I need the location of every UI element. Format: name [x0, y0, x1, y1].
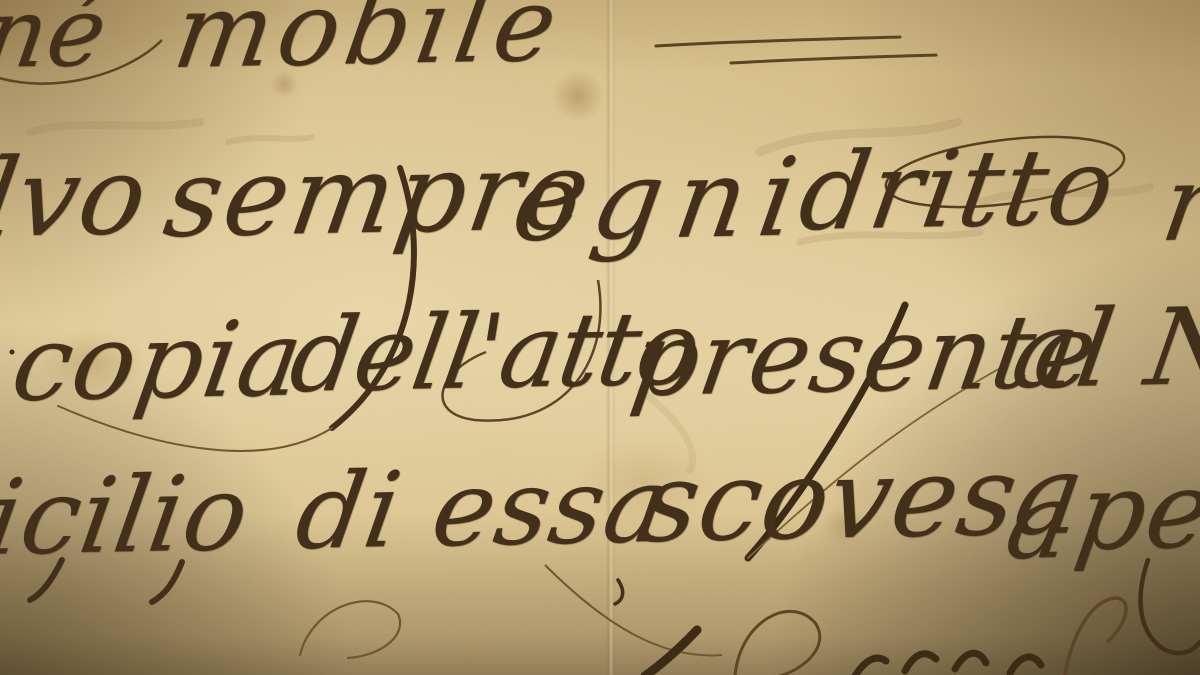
handwriting-word: dritto: [793, 134, 1123, 246]
manuscript-photo: né mobile lvo sempre ogni dritto r copia…: [0, 0, 1200, 675]
handwriting-word: al Nota: [1006, 290, 1200, 404]
handwriting-word: lvo: [0, 143, 155, 254]
handwriting-word: ogni: [506, 144, 817, 258]
double-rule-ornament: [656, 37, 936, 63]
handwriting-word: pe: [1070, 457, 1200, 566]
handwriting-word: mobile: [168, 0, 569, 84]
handwriting-word: di essa: [290, 453, 676, 564]
handwriting-word: icilio: [0, 461, 256, 570]
ink-speck: [10, 350, 15, 355]
cutoff-line-strokes: [300, 560, 1200, 675]
essa-tail-stroke: [545, 565, 722, 655]
handwriting-word: né: [0, 0, 114, 82]
handwriting-word: copia: [6, 306, 310, 416]
